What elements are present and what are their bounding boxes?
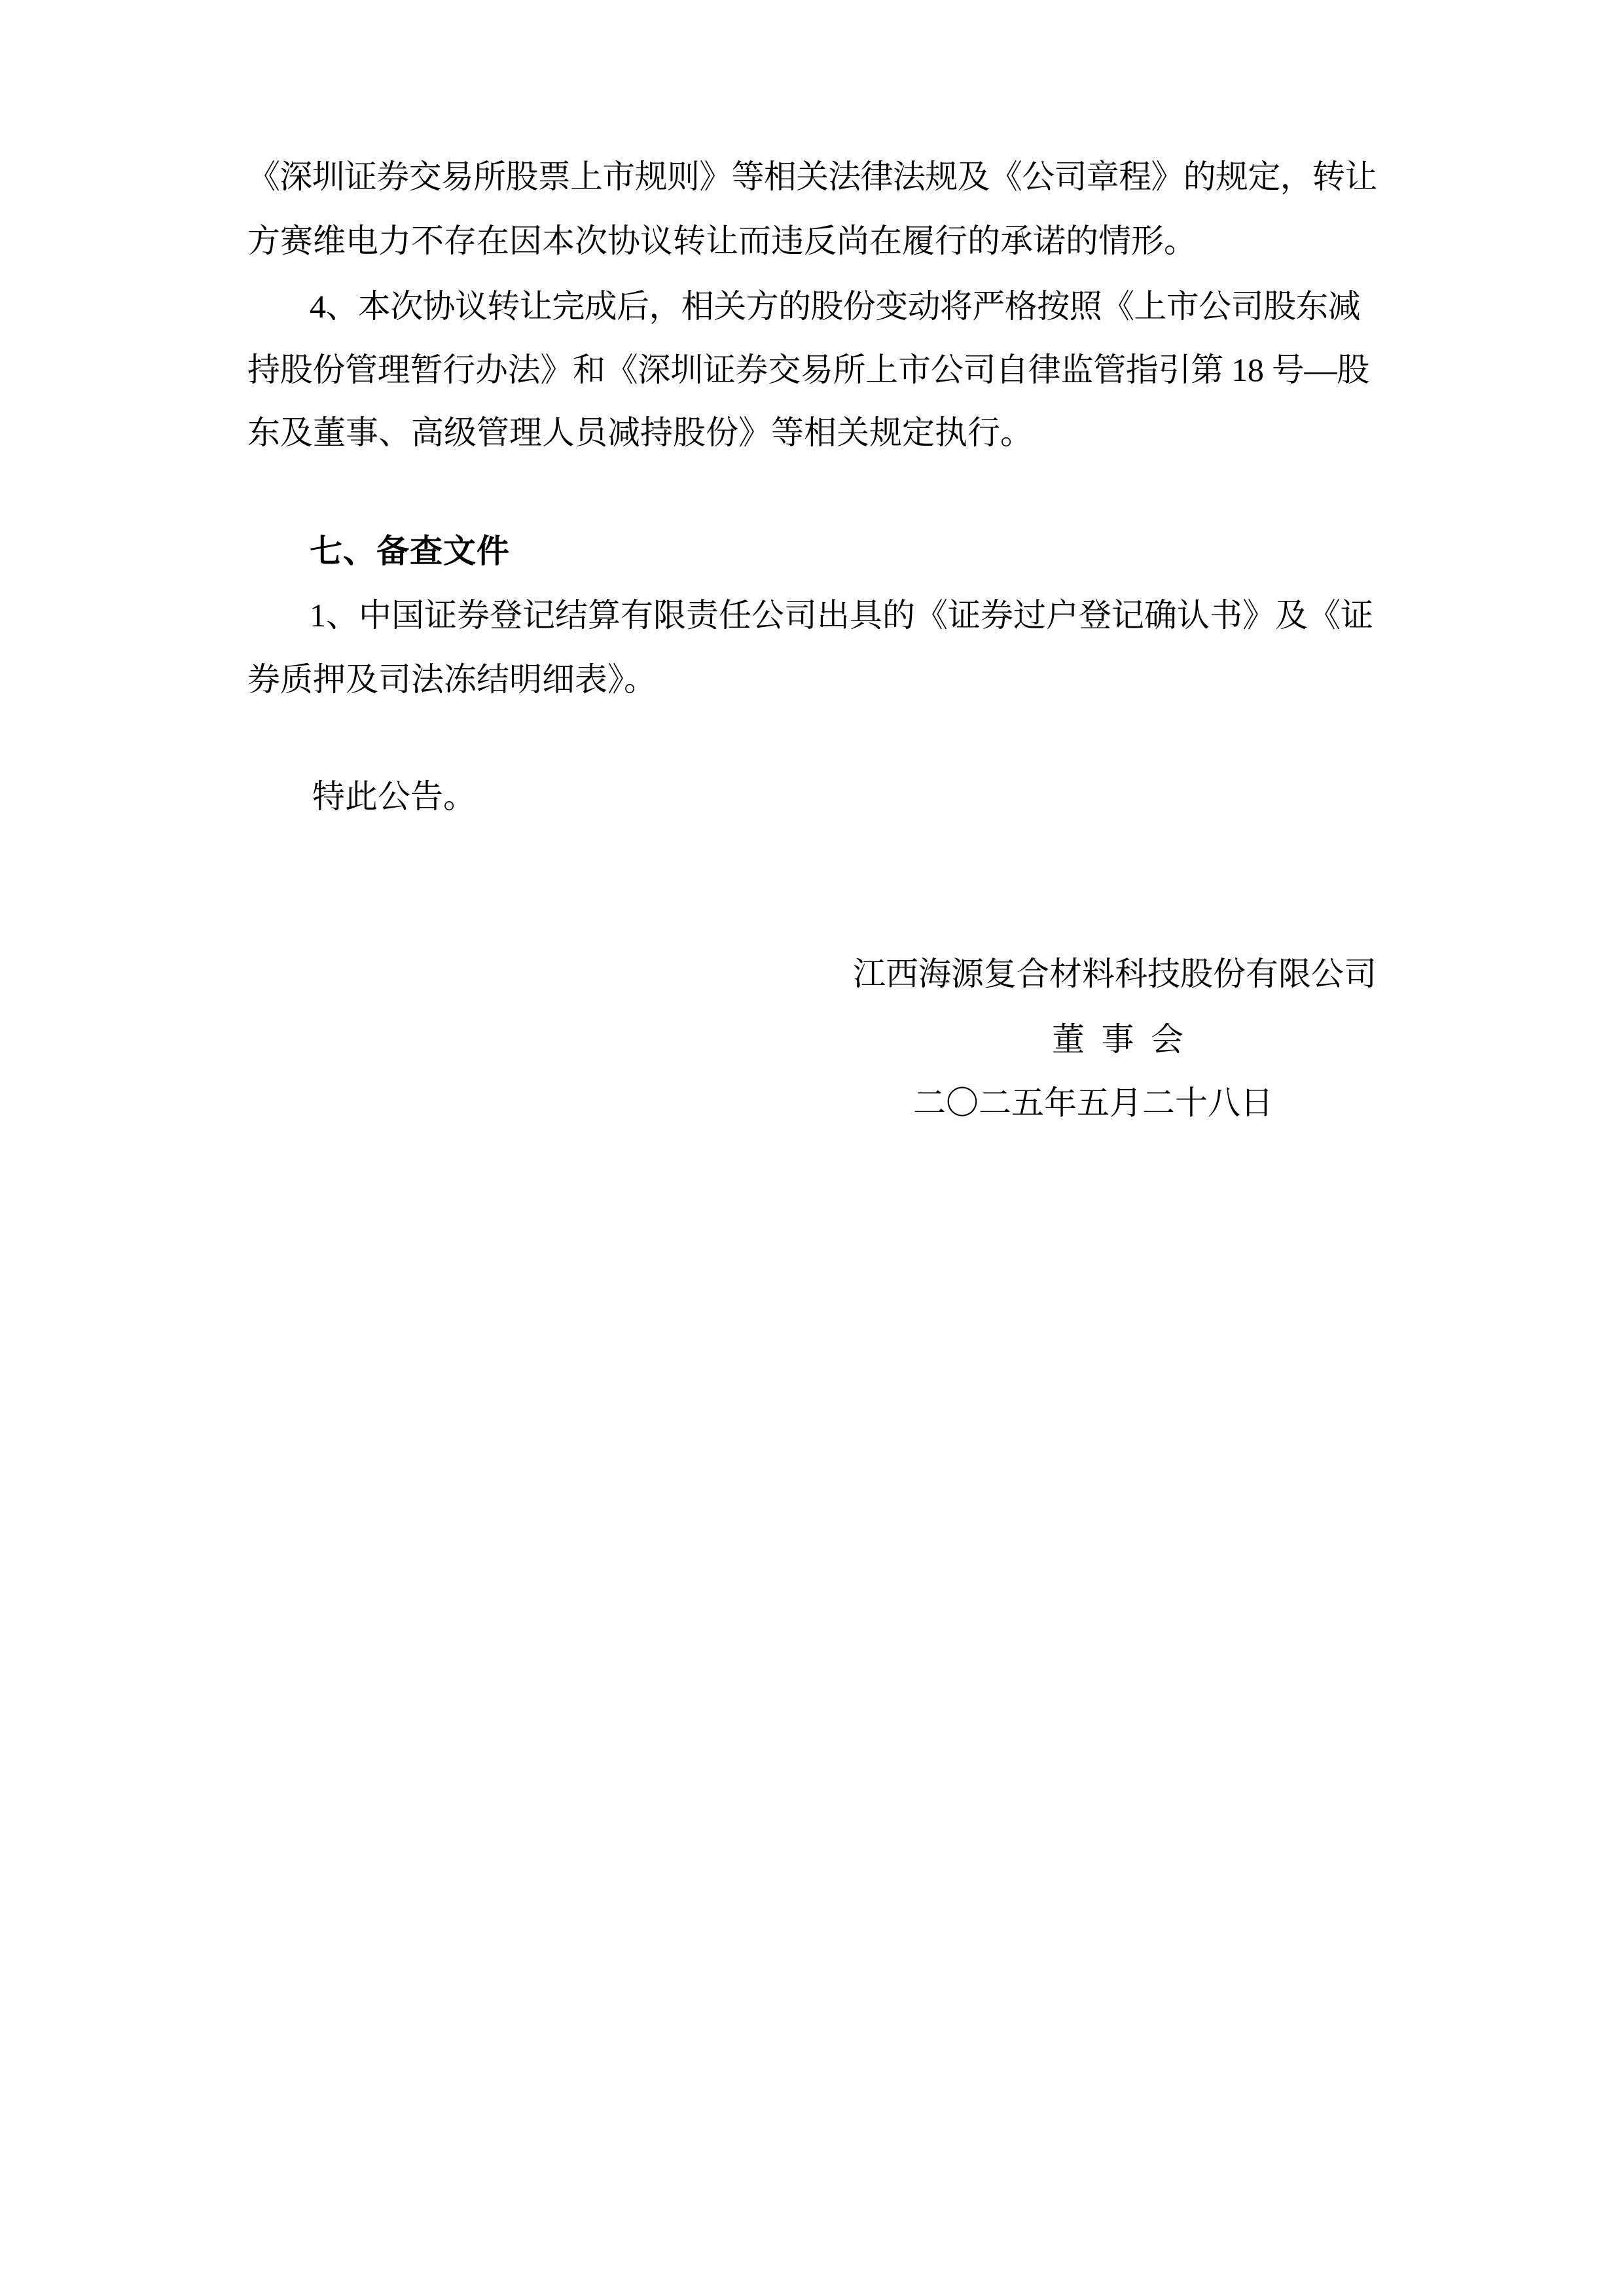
signature-date: 二〇二五年五月二十八日 [913, 1085, 1273, 1121]
body-line-2: 方赛维电力不存在因本次协议转让而违反尚在履行的承诺的情形。 [247, 223, 1197, 259]
body-line-5: 东及董事、高级管理人员减持股份》等相关规定执行。 [247, 414, 1033, 451]
closing-line: 特此公告。 [312, 778, 476, 815]
body-line-7: 券质押及司法冻结明细表》。 [247, 661, 657, 698]
body-line-1: 《深圳证券交易所股票上市规则》等相关法律法规及《公司章程》的规定，转让 [247, 158, 1377, 195]
signature-company-name: 江西海源复合材料科技股份有限公司 [853, 956, 1377, 992]
body-line-6: 1、中国证券登记结算有限责任公司出具的《证券过户登记确认书》及《证 [247, 597, 1373, 634]
section-heading: 七、备查文件 [310, 533, 510, 569]
document-page: 《深圳证券交易所股票上市规则》等相关法律法规及《公司章程》的规定，转让 方赛维电… [0, 0, 1624, 2296]
body-line-3: 4、本次协议转让完成后，相关方的股份变动将严格按照《上市公司股东减 [247, 288, 1360, 325]
body-line-4: 持股份管理暂行办法》和《深圳证券交易所上市公司自律监管指引第 18 号—股 [247, 351, 1369, 388]
signature-board: 董 事 会 [1052, 1021, 1183, 1058]
